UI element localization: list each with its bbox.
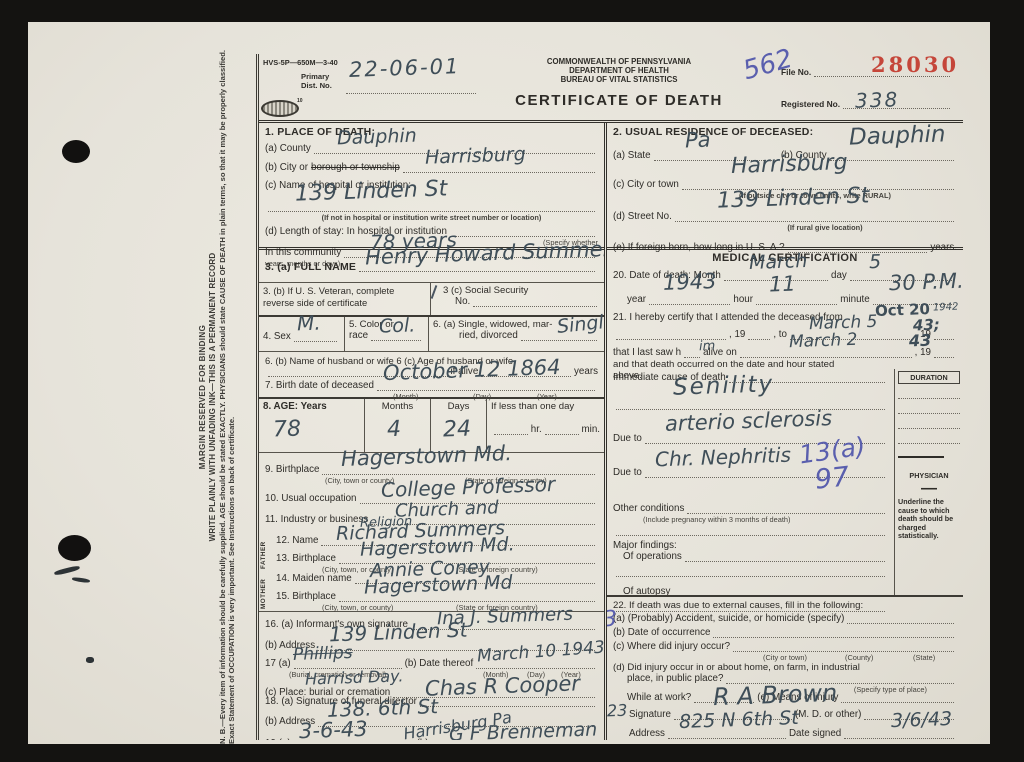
burial-notes: (Burial, cremation or removal) (Month) (… [265,670,598,679]
duration-line [898,429,960,444]
parents-section: FATHER MOTHER 12. Name Richard Summers R… [259,531,604,612]
full-name-line: 3. (a) FULL NAME Henry Howard Summers [265,261,598,273]
external-causes-title: 22. If death was due to external causes,… [613,600,957,611]
mother-birthplace-blank [339,598,595,602]
mother-name-blank [355,580,595,584]
spouse-line: if alive years [265,366,598,378]
stay-label: (d) Length of stay: In hospital or insti… [265,226,447,238]
alive-label: if alive [451,366,479,378]
father-name-blank [321,542,595,546]
last-saw-blank [740,354,912,358]
occurrence-date-label: (b) Date of occurrence [613,627,710,639]
birthplace-label: 9. Birthplace [265,464,319,476]
accident-line: (a) (Probably) Accident, suicide, or hom… [613,613,957,625]
hr-blank [494,431,528,435]
physician-signature-line: 23 Signature R A Brown (M. D. or other) [613,709,957,721]
mother-birthplace-line: 15. Birthplace Hagerstown Md [276,591,598,603]
age-days-cell: Days 24 [431,399,487,452]
immediate-cause-value-line: Senility [613,406,888,411]
industry-line: 11. Industry or business Church and [265,514,598,526]
industry-label: 11. Industry or business [265,514,368,526]
attended-line-3: that I last saw h im alive on March 2 , … [613,347,957,359]
physician-signature-blank [674,716,792,720]
last-saw-label: that I last saw h [613,347,681,359]
marital-blank [521,337,597,341]
operations-blank-2 [616,573,885,577]
state-label: (a) State [613,150,651,162]
accident-label: (a) (Probably) Accident, suicide, or hom… [613,613,844,625]
race-line: race Col. [349,330,424,342]
last-saw-19: , 19 [915,347,931,359]
full-name-row: 3. (a) FULL NAME Henry Howard Summers [259,250,604,283]
md-blank [864,716,954,720]
attended-section: 21. I hereby certify that I attended the… [607,309,963,369]
injury-where-notes: (City or town) (County) (State) [613,653,957,662]
duration-line [898,384,960,399]
mother-vertical-label: MOTHER [260,573,267,609]
age-years-value: 78 [273,417,302,443]
seal-tiny-number: 10 [297,98,303,104]
father-birthplace-blank [339,560,595,564]
attended-line-1: 21. I hereby certify that I attended the… [613,312,957,324]
margin-line-2: WRITE PLAINLY WITH UNFADING INK—THIS IS … [208,50,217,744]
birthdate-blank [377,387,595,391]
file-number-stamp: 28030 [871,52,959,77]
veteran-cell: 3. (b) If U. S. Veteran, complete revers… [259,283,431,315]
veteran-label-2: reverse side of certificate [263,297,426,309]
foreign-born-years: years. [930,242,957,254]
mother-name-label: 14. Maiden name [276,573,352,585]
funeral-director-section: 18. (a) Signature of funeral director Ch… [259,693,604,727]
external-causes-section: 22. If death was due to external causes,… [607,595,963,689]
means-of-injury-label: (e) Means of injury [757,692,838,704]
ink-smudge [86,657,94,663]
less-than-day-label: If less than one day [491,401,600,412]
form-body: 1. PLACE OF DEATH: (a) County Dauphin (b… [259,123,963,740]
years-label: years [574,366,598,378]
less-than-day-cell: If less than one day hr. min. [487,399,604,452]
injury-home-line-1: (d) Did injury occur in or about home, o… [613,662,957,673]
sex-line: 4. Sex M. [263,331,340,343]
operations-line: Of operations [623,551,888,563]
due-to-2-label: Due to [613,467,642,479]
findings-blank-0 [616,532,885,536]
major-findings-label: Major findings: [613,540,888,551]
attended-blank-1 [616,336,726,340]
veteran-ss-row: 3. (b) If U. S. Veteran, complete revers… [259,283,604,317]
scanned-certificate-paper: MARGIN RESERVED FOR BINDING WRITE PLAINL… [28,22,990,744]
stay-blank [450,233,595,237]
residence-title: 2. USUAL RESIDENCE OF DECEASED: [613,126,957,138]
attended-label: 21. I hereby certify that I attended the… [613,312,843,324]
ss-label: 3 (c) Social Security [443,285,600,296]
min-label: min. [582,424,601,436]
county-blank [314,150,595,154]
primary-label-2: Dist. No. [301,81,332,90]
registrar-line: 19 (a) 3-6-43 (b) G F Brenneman [265,738,598,740]
injury-home-label-2: place, in public place? [627,673,723,685]
operations-label: Of operations [623,551,682,563]
sex-cell: 4. Sex M. [259,317,345,351]
physician-address-blank [668,735,786,739]
duration-physician-column: DURATION PHYSICIAN — Underline the cause… [895,369,963,595]
age-days-value: 24 [443,417,472,443]
physician-signature-section: While at work? (e) Means of injury 23 Si… [607,689,963,737]
age-label: 8. AGE: Years [263,401,360,412]
physician-dash: — [898,480,960,498]
primary-dist-value: 22-06-01 [349,54,461,82]
residence-county-label: (b) County [781,150,827,162]
city-struck-words: borough or township [311,162,400,174]
registrar-number: 19 (a) [265,738,291,740]
stay-note: (Specify whether [265,238,598,247]
veteran-label-1: 3. (b) If U. S. Veteran, complete [263,285,426,297]
sex-label: 4. Sex [263,331,291,343]
injury-where-label: (c) Where did injury occur? [613,641,730,653]
injury-city-note: (City or town) [763,653,807,662]
ink-smudge [72,577,90,583]
injury-county-note: (County) [845,653,873,662]
informant-signature-label: 16. (a) Informant's own signature [265,619,408,631]
md-or-other-note: (M. D. or other) [795,709,861,721]
death-month-blank [724,277,828,281]
due-to-1-blank [645,440,885,444]
birthplace-blank [322,471,595,475]
registered-no-line: Registered No. [781,98,953,110]
mother-bp-notes: (City, town, or county) (State or foreig… [276,603,598,611]
at-work-line: While at work? (e) Means of injury [613,692,957,704]
punch-hole-bottom [58,535,91,561]
death-day-blank [850,277,954,281]
place-of-death-section: 1. PLACE OF DEATH: (a) County Dauphin (b… [259,123,604,250]
town-label: (c) City or town [613,179,679,191]
hospital-blank [268,208,595,212]
ss-no-label: No. [455,296,470,308]
injury-where-blank [733,648,954,652]
hr-label: hr. [531,424,542,436]
marital-label-1: 6. (a) Single, widowed, mar- [433,319,600,330]
margin-nb-note: N. B.—Every item of information should b… [219,50,236,744]
street-blank [675,218,954,222]
state-blank [654,157,778,161]
findings-spacer-line [613,532,888,537]
mother-birthplace-label: 15. Birthplace [276,591,336,603]
race-label-1: 5. Color or [349,319,424,330]
age-years-cell: 8. AGE: Years 78 [259,399,365,452]
birthplace-occupation-rows: 9. Birthplace Hagerstown Md. (City, town… [259,453,604,531]
stay-line: (d) Length of stay: In hospital or insti… [265,226,598,238]
town-line: (c) City or town Harrisburg [613,179,957,191]
physician-address-label: Address [629,728,665,740]
form-number: HVS-5P—650M—3-40 [263,58,338,67]
certificate-form: HVS-5P—650M—3-40 Primary Dist. No. 22-06… [256,54,963,740]
cause-blank-2 [616,406,885,410]
father-birthplace-label: 13. Birthplace [276,553,336,565]
death-minute-blank [873,301,954,305]
residence-section: 2. USUAL RESIDENCE OF DECEASED: (a) Stat… [607,123,963,250]
burial-line: 17 (a) Phillips (b) Date thereof March 1… [265,658,598,670]
means-of-injury-blank [841,699,954,703]
due-to-1-line: Due to arterio sclerosis [613,433,888,445]
birthplace-line: 9. Birthplace Hagerstown Md. [265,464,598,476]
last-saw-year-blank [934,354,954,358]
bp-note-1: (City, town or county) [325,476,394,485]
attended-to-blank [790,336,912,340]
funeral-director-line: 18. (a) Signature of funeral director Ch… [265,696,598,708]
physician-title: PHYSICIAN [898,472,960,480]
residence-county-blank [830,157,954,161]
injury-home-line-2: place, in public place? [627,673,957,685]
at-work-label: While at work? [627,692,691,704]
race-cell: 5. Color or race Col. [345,317,429,351]
sex-value: M. [297,317,321,330]
certificate-title: CERTIFICATE OF DEATH [494,92,744,109]
burial-day-note: (Day) [527,670,545,679]
father-name-line: 12. Name Richard Summers Religion [276,535,598,547]
operations-blank [685,558,885,562]
street-line: (d) Street No. 139 Linden St [613,211,957,223]
father-bp-notes: (City, town, or county) (State or foreig… [276,565,598,573]
scribble-23: 23 [607,705,628,718]
burial-date-blank [476,665,595,669]
father-name-label: 12. Name [276,535,318,547]
death-hour-blank [756,301,837,305]
hospital-label: (c) Name of hospital or institution: [265,180,411,192]
occurrence-date-blank [713,634,954,638]
due-to-2-value: Chr. Nephritis [655,449,791,466]
duration-line [898,399,960,414]
form-header: HVS-5P—650M—3-40 Primary Dist. No. 22-06… [259,54,963,123]
margin-instructions: MARGIN RESERVED FOR BINDING WRITE PLAINL… [198,50,236,744]
race-label-2: race [349,330,368,342]
spouse-label: 6. (b) Name of husband or wife 6 (c) Age… [265,355,598,366]
occurrence-date-line: (b) Date of occurrence [613,627,957,639]
hospital-note: (If not in hospital or institution write… [265,213,598,222]
death-date-line-1: 20. Date of death: Month March day 5 [613,270,957,282]
cause-of-death-block: Immediate cause of death Senility Due to… [607,369,963,595]
city-line: (b) City or borough or township Harrisbu… [265,162,598,174]
birthdate-line: 7. Birth date of deceased October 12 186… [265,380,598,392]
mother-bp-note-2: (State or foreign country) [456,603,538,612]
age-row: 8. AGE: Years 78 Months 4 Days 24 If les… [259,399,604,453]
parents-content: 12. Name Richard Summers Religion 13. Bi… [276,531,604,611]
full-name-blank [359,268,595,272]
hospital-label-line: (c) Name of hospital or institution: [265,180,598,192]
funeral-director-label: 18. (a) Signature of funeral director [265,696,417,708]
street-label: (d) Street No. [613,211,672,223]
burial-blank [294,665,402,669]
hospital-value-line: 139 Linden St [265,208,598,213]
attended-line-2: , 19 , to March 5 , 19 43; [613,329,957,341]
physician-note: Underline the cause to which death shoul… [898,498,960,540]
registrar-b-label: (b) [417,738,429,740]
attended-blank-3 [934,336,954,340]
due-to-2-line: Due to Chr. Nephritis 13(a) 97 [613,467,888,479]
other-conditions-blank [687,510,885,514]
occupation-line: 10. Usual occupation College Professor [265,493,598,505]
at-work-blank [694,699,754,703]
due-to-1-value: arterio sclerosis [665,412,832,430]
registered-no-blank [843,105,950,109]
burial-type-value: Phillips [293,647,353,661]
binding-margin: MARGIN RESERVED FOR BINDING WRITE PLAINL… [196,50,258,744]
informant-signature-value: Ina J. Summers [437,609,573,626]
father-vertical-label: FATHER [260,535,267,569]
occupation-blank [360,500,596,504]
other-conditions-label: Other conditions [613,503,684,515]
due-to-2-blank [645,474,885,478]
agency-line-3: BUREAU OF VITAL STATISTICS [494,75,744,84]
occupation-label: 10. Usual occupation [265,493,357,505]
informant-signature-line: 16. (a) Informant's own signature Ina J.… [265,619,598,631]
funeral-director-blank [420,703,595,707]
him-blank [684,354,700,358]
injury-state-note: (State) [913,653,935,662]
primary-dist-line [346,90,476,94]
mother-name-line: 14. Maiden name Annie Coney [276,573,598,585]
mother-bp-note-1: (City, town, or county) [322,603,393,612]
birthplace-notes: (City, town or county) (State or foreign… [265,476,598,485]
duration-line [898,414,960,429]
date-signed-blank [844,735,954,739]
death-minute-label: minute [840,294,869,306]
months-label: Months [369,401,426,412]
other-conditions-note: (Include pregnancy within 3 months of de… [643,515,888,524]
registrar-section: 19 (a) 3-6-43 (b) G F Brenneman (Date re… [259,727,604,740]
alive-blank [481,373,571,377]
margin-line-1: MARGIN RESERVED FOR BINDING [198,50,207,744]
full-name-label: 3. (a) FULL NAME [265,261,356,273]
embossed-seal-icon [261,100,299,117]
immediate-cause-line: Immediate cause of death [613,372,888,384]
death-date-line-2: year 1943 hour 11 minute 30 P.M. [627,294,957,306]
town-blank [682,186,954,190]
birthdate-label: 7. Birth date of deceased [265,380,374,392]
agency-block: COMMONWEALTH OF PENNSYLVANIA DEPARTMENT … [494,57,744,84]
parents-vertical-strip: FATHER MOTHER [259,531,274,611]
hr-min-line: hr. min. [491,424,600,436]
burial-year-note: (Year) [561,670,581,679]
sex-race-marital-row: 4. Sex M. 5. Color or race Col. [259,317,604,352]
city-blank [403,169,595,173]
agency-line-1: COMMONWEALTH OF PENNSYLVANIA [494,57,744,66]
social-security-cell: 3 (c) Social Security No. [431,283,604,315]
death-month-label: 20. Date of death: Month [613,270,721,282]
marital-cell: 6. (a) Single, widowed, mar- ried, divor… [429,317,604,351]
father-birthplace-line: 13. Birthplace Hagerstown Md. [276,553,598,565]
death-hour-label: hour [733,294,753,306]
primary-dist-label: Primary Dist. No. [301,72,332,90]
race-blank [371,337,421,341]
punch-hole-top [62,140,90,163]
due-to-1-label: Due to [613,433,642,445]
attended-to-label: , to [773,329,787,341]
state-county-line: (a) State Pa (b) County Dauphin [613,150,957,162]
marital-label-2: ried, divorced [459,330,518,342]
county-label: (a) County [265,143,311,155]
right-column: 2. USUAL RESIDENCE OF DECEASED: (a) Stat… [607,123,963,740]
alive-on-label: alive on [703,347,737,359]
place-of-death-title: 1. PLACE OF DEATH: [265,126,598,138]
burial-section: 17 (a) Phillips (b) Date thereof March 1… [259,649,604,693]
other-conditions-line: Other conditions [613,503,888,515]
date-signed-label: Date signed [789,728,841,740]
city-label: (b) City or [265,162,308,174]
informant-signature-blank [411,626,595,630]
immediate-cause-blank [729,379,885,383]
ss-no-line: No. [455,296,600,308]
days-label: Days [435,401,482,412]
registered-no-label: Registered No. [781,98,840,110]
age-months-cell: Months 4 [365,399,431,452]
physician-signature-label: Signature [629,709,671,721]
county-line: (a) County Dauphin [265,143,598,155]
operations-blank-line [613,573,888,578]
physician-address-line: Address 825 N 6th St Date signed 3/6/43 [613,728,957,740]
ink-smudge [54,565,80,576]
agency-line-2: DEPARTMENT OF HEALTH [494,66,744,75]
injury-home-blank [726,680,954,684]
burial-note: (Burial, cremation or removal) [289,670,386,679]
burial-number: 17 (a) [265,658,291,670]
death-year-label: year [627,294,646,306]
date-of-death-section: 20. Date of death: Month March day 5 yea… [607,267,963,309]
pencil-check-mark [431,285,438,299]
town-note: (If outside city or town limits, write R… [673,191,957,200]
min-blank [545,431,579,435]
accident-blank [847,620,954,624]
left-column: 1. PLACE OF DEATH: (a) County Dauphin (b… [259,123,607,740]
ss-no-blank [473,303,597,307]
spouse-birthdate-rows: 6. (b) Name of husband or wife 6 (c) Age… [259,352,604,399]
age-months-value: 4 [387,417,402,442]
marital-line: ried, divorced Single [459,330,600,342]
blue-pencil-562: 562 [740,44,796,87]
death-year-blank [649,301,730,305]
file-no-label: File No. [781,66,811,78]
duration-thick-line [898,444,944,458]
spouse-blank [268,373,448,377]
foreign-born-line: (e) If foreign born, how long in U. S. A… [613,242,957,254]
foreign-born-label: (e) If foreign born, how long in U. S. A… [613,242,785,254]
bp-note-2: (State or foreign country) [465,476,547,485]
death-day-label: day [831,270,847,282]
primary-label-1: Primary [301,72,332,81]
burial-month-note: (Month) [483,670,508,679]
sex-blank [294,338,337,342]
attended-blank-2 [748,336,770,340]
attended-19-label: , 19 [729,329,745,341]
burial-date-label: (b) Date thereof [405,658,474,670]
injury-where-line: (c) Where did injury occur? [613,641,957,653]
cause-left: Immediate cause of death Senility Due to… [607,369,895,595]
informant-section: 16. (a) Informant's own signature Ina J.… [259,612,604,649]
industry-blank [371,521,595,525]
foreign-born-blank [788,249,928,253]
immediate-cause-label: Immediate cause of death [613,372,726,384]
street-note: (If rural give location) [693,223,957,232]
attended-to-19: , 19 [915,329,931,341]
